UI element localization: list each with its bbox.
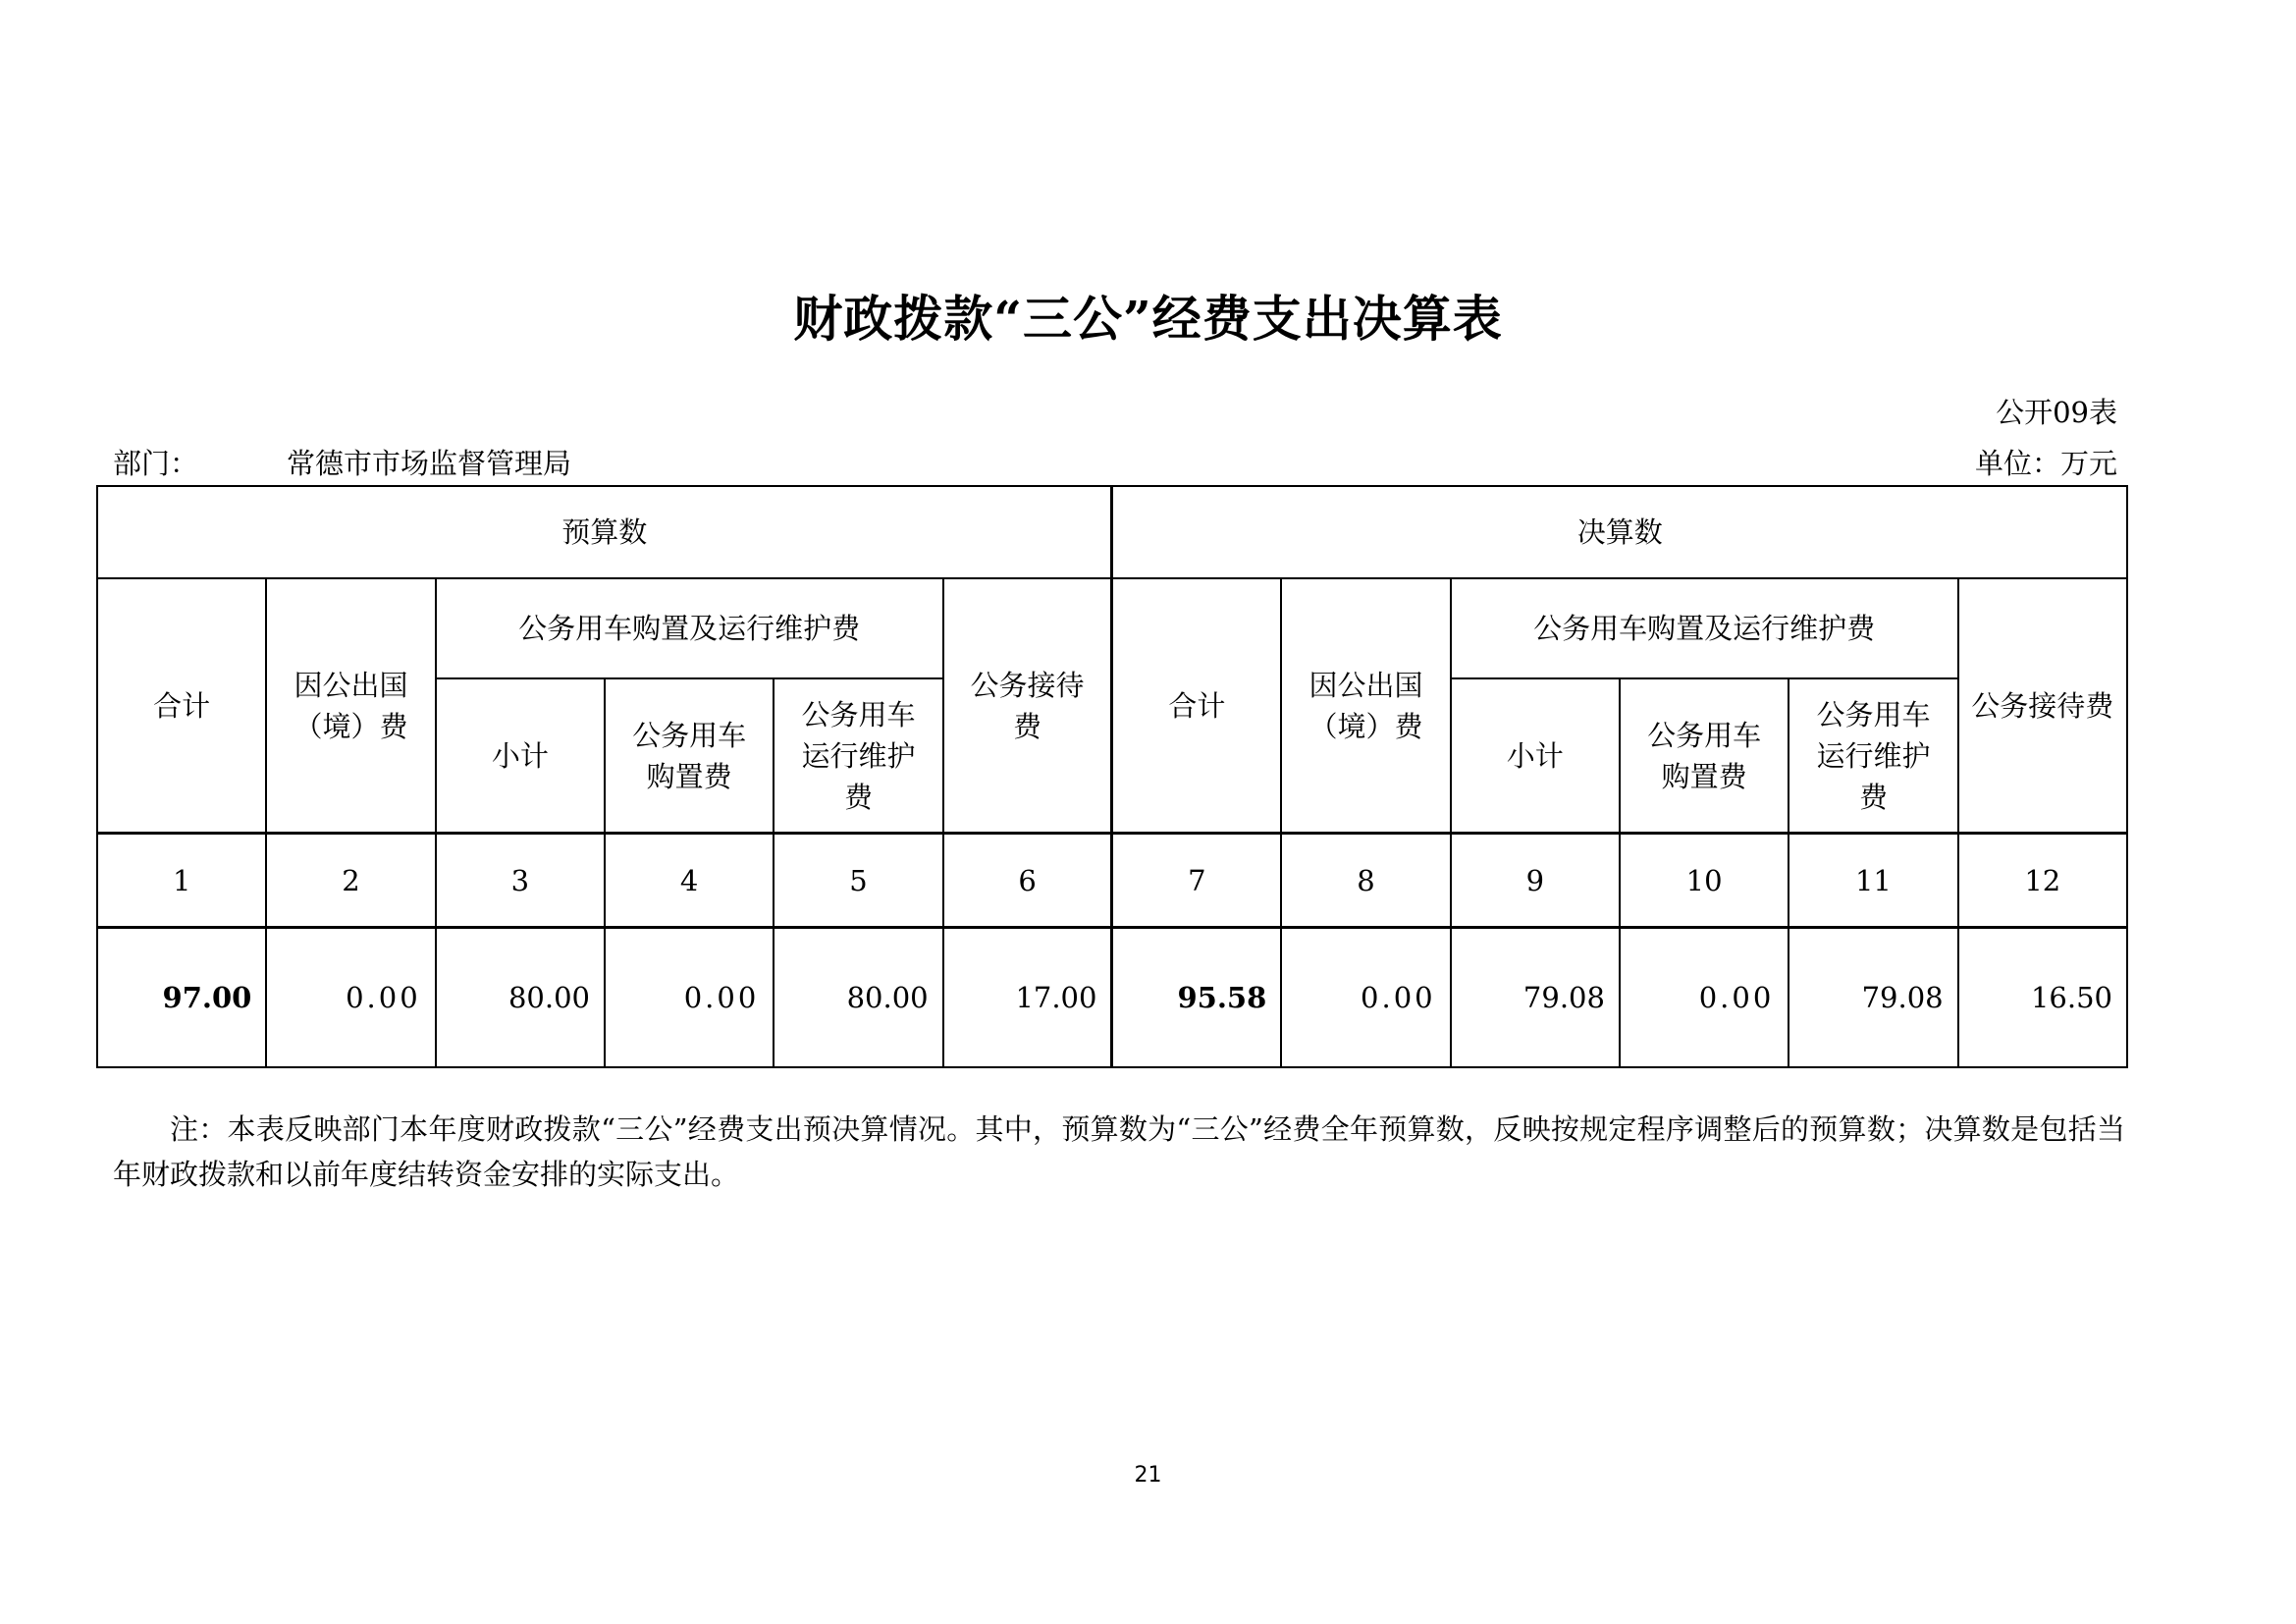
index-cell: 9 (1451, 834, 1620, 928)
column-header-row-1: 合计 因公出国（境）费 公务用车购置及运行维护费 公务接待费 合计 因公出国（境… (97, 578, 2127, 678)
budget-overseas-header: 因公出国（境）费 (266, 578, 435, 834)
index-cell: 8 (1281, 834, 1450, 928)
budget-overseas-value: 0.00 (266, 928, 435, 1068)
final-reception-header: 公务接待费 (1958, 578, 2127, 834)
group-header-row: 预算数 决算数 (97, 486, 2127, 578)
budget-vehicle-purchase-value: 0.00 (605, 928, 774, 1068)
budget-reception-value: 17.00 (943, 928, 1112, 1068)
index-cell: 1 (97, 834, 266, 928)
index-cell: 10 (1620, 834, 1789, 928)
index-cell: 2 (266, 834, 435, 928)
final-reception-value: 16.50 (1958, 928, 2127, 1068)
department-value: 常德市市场监督管理局 (287, 447, 571, 480)
final-total-header: 合计 (1112, 578, 1281, 834)
final-total-value: 95.58 (1112, 928, 1281, 1068)
final-overseas-value: 0.00 (1281, 928, 1450, 1068)
budget-vehicle-purchase-header: 公务用车购置费 (605, 678, 774, 834)
department-row: 部门：常德市市场监督管理局 (113, 442, 571, 482)
unit-label: 单位：万元 (1975, 442, 2117, 482)
department-label: 部门： (113, 447, 198, 480)
table-code-label: 公开09表 (1996, 391, 2117, 431)
final-vehicle-purchase-header: 公务用车购置费 (1620, 678, 1789, 834)
index-cell: 5 (774, 834, 942, 928)
budget-subtotal-header: 小计 (436, 678, 605, 834)
index-cell: 4 (605, 834, 774, 928)
final-group-header: 决算数 (1112, 486, 2127, 578)
final-overseas-header: 因公出国（境）费 (1281, 578, 1450, 834)
final-vehicle-group-header: 公务用车购置及运行维护费 (1451, 578, 1958, 678)
budget-total-header: 合计 (97, 578, 266, 834)
budget-total-value: 97.00 (97, 928, 266, 1068)
index-cell: 12 (1958, 834, 2127, 928)
index-cell: 3 (436, 834, 605, 928)
budget-reception-header: 公务接待费 (943, 578, 1112, 834)
index-cell: 11 (1789, 834, 1957, 928)
index-cell: 6 (943, 834, 1112, 928)
final-subtotal-header: 小计 (1451, 678, 1620, 834)
budget-vehicle-operation-header: 公务用车运行维护费 (774, 678, 942, 834)
budget-vehicle-subtotal-value: 80.00 (436, 928, 605, 1068)
budget-vehicle-group-header: 公务用车购置及运行维护费 (436, 578, 943, 678)
final-vehicle-purchase-value: 0.00 (1620, 928, 1789, 1068)
final-vehicle-operation-header: 公务用车运行维护费 (1789, 678, 1957, 834)
three-public-expenses-table: 预算数 决算数 合计 因公出国（境）费 公务用车购置及运行维护费 公务接待费 合… (96, 485, 2128, 1068)
budget-vehicle-operation-value: 80.00 (774, 928, 942, 1068)
table-row: 97.00 0.00 80.00 0.00 80.00 17.00 95.58 … (97, 928, 2127, 1068)
page-title: 财政拨款“三公”经费支出决算表 (0, 280, 2296, 351)
page-number: 21 (0, 1463, 2296, 1488)
budget-group-header: 预算数 (97, 486, 1112, 578)
index-cell: 7 (1112, 834, 1281, 928)
table-note: 注：本表反映部门本年度财政拨款“三公”经费支出预决算情况。其中，预算数为“三公”… (113, 1107, 2125, 1197)
index-row: 1 2 3 4 5 6 7 8 9 10 11 12 (97, 834, 2127, 928)
final-vehicle-operation-value: 79.08 (1789, 928, 1957, 1068)
final-vehicle-subtotal-value: 79.08 (1451, 928, 1620, 1068)
